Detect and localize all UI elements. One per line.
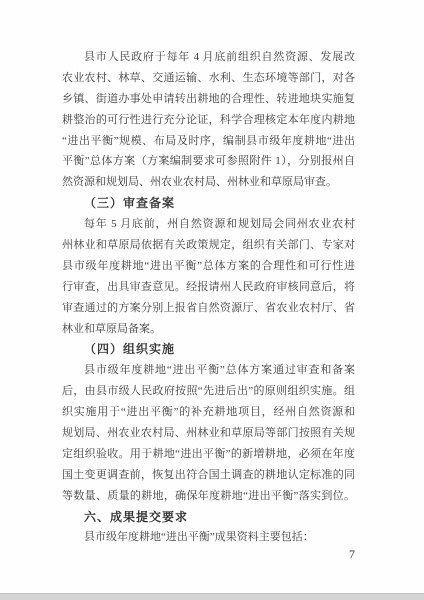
section-heading-4: （四）组织实施 <box>62 339 355 360</box>
paragraph-line: 每年 5 月底前，州自然资源和规划局会同州农业农村局、 <box>62 214 355 235</box>
paragraph-line: 县市级年度耕地“进出平衡”总体方案通过审查和备案 <box>62 360 355 381</box>
paragraph-line: 审查通过的方案分别上报省自然资源厅、省农业农村厅、省 <box>62 298 355 319</box>
paragraph-line: 县市人民政府于每年 4 月底前组织自然资源、发展改革、 <box>62 47 355 68</box>
paragraph-line: 平衡”总体方案（方案编制要求可参照附件 1），分别报州自 <box>62 151 355 172</box>
section-heading-6: 六、成果提交要求 <box>62 507 355 528</box>
paragraph-line: 乡镇、街道办事处申请转出耕地的合理性、转进地块实施复 <box>62 89 355 110</box>
paragraph-line: 等数量、质量的耕地，确保年度耕地“进出平衡”落实到位。 <box>62 486 355 507</box>
paragraph-line: 后，由县市级人民政府按照“先进后出”的原则组织实施。组 <box>62 381 355 402</box>
page-bottom-edge <box>0 593 424 600</box>
paragraph-line: 行审查，出具审查意见。经报请州人民政府审核同意后，将 <box>62 277 355 298</box>
paragraph-line: 农业农村、林草、交通运输、水利、生态环境等部门，对各 <box>62 68 355 89</box>
page-number: 7 <box>62 544 355 564</box>
paragraph-line: 国土变更调查前，恢复出符合国土调查的耕地认定标准的同 <box>62 465 355 486</box>
paragraph-line: 然资源和规划局、州农业农村局、州林业和草原局审查。 <box>62 172 355 193</box>
paragraph-line: 定组织验收。用于耕地“进出平衡”的新增耕地，必须在年度 <box>62 444 355 465</box>
paragraph-line: 林业和草原局备案。 <box>62 319 355 340</box>
document-page: 县市人民政府于每年 4 月底前组织自然资源、发展改革、 农业农村、林草、交通运输… <box>0 0 424 600</box>
paragraph-line: 织实施用于“进出平衡”的补充耕地项目，经州自然资源和 <box>62 402 355 423</box>
section-heading-3: （三）审查备案 <box>62 193 355 214</box>
paragraph-line: 县市级年度耕地“进出平衡”总体方案的合理性和可行性进 <box>62 256 355 277</box>
document-text-block: 县市人民政府于每年 4 月底前组织自然资源、发展改革、 农业农村、林草、交通运输… <box>62 47 355 548</box>
paragraph-line: 规划局、州农业农村局、州林业和草原局等部门按照有关规 <box>62 423 355 444</box>
paragraph-line: 州林业和草原局依据有关政策规定，组织有关部门、专家对 <box>62 235 355 256</box>
paragraph-line: “进出平衡”规模、布局及时序，编制县市级年度耕地“进出 <box>62 131 355 152</box>
paragraph-line: 耕整治的可行性进行充分论证，科学合理核定本年度内耕地 <box>62 110 355 131</box>
